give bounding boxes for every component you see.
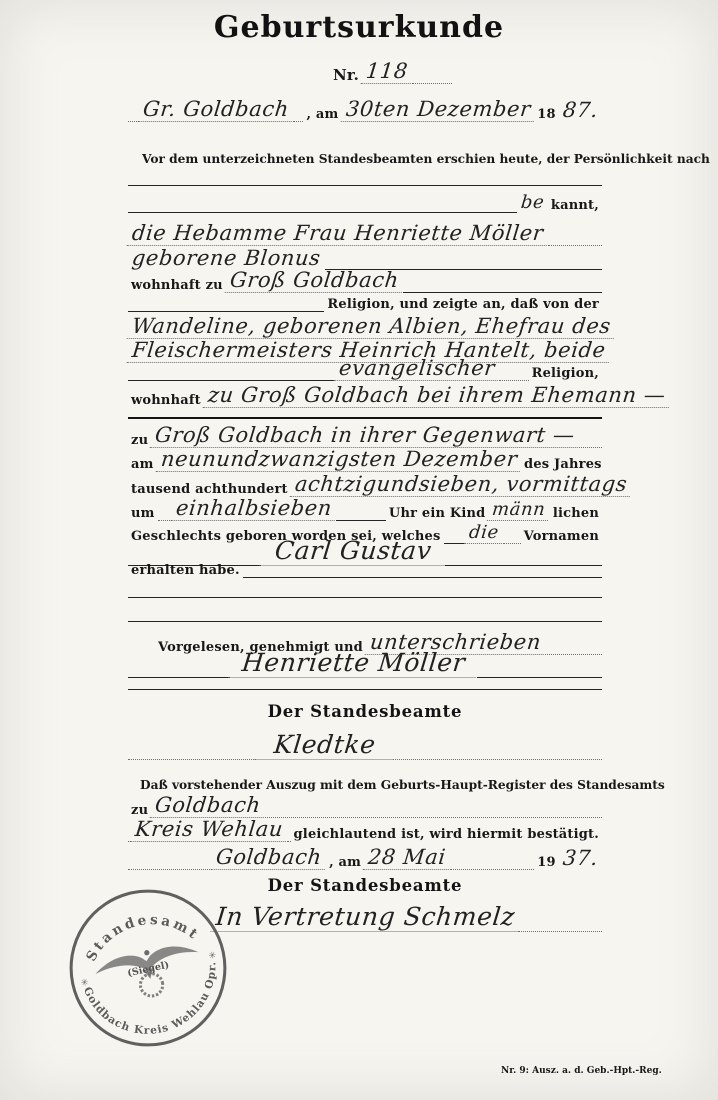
- registrar-heading-1: Der Standesbeamte: [128, 702, 602, 721]
- am-label: , am: [303, 107, 341, 122]
- birthplace-line: zu Groß Goldbach in ihrer Gegenwart —: [128, 422, 602, 448]
- declarant-line: die Hebamme Frau Henriette Möller: [128, 220, 602, 246]
- blank-line: [128, 170, 602, 186]
- date-handwritten: 30ten Dezember: [340, 97, 535, 122]
- issue-year-printed: 19: [534, 855, 559, 870]
- year-printed: 18: [534, 107, 559, 122]
- ruled-line: [412, 81, 452, 84]
- ruled-line: [128, 210, 517, 213]
- mother-name: Wandeline, geborenen Albien, Ehefrau des: [127, 314, 616, 339]
- document-title: Geburtsurkunde: [0, 10, 718, 45]
- ruled-line: [450, 867, 534, 870]
- known-printed: kannt,: [548, 198, 602, 213]
- nr-label: Nr.: [330, 66, 362, 84]
- issue-year-handwritten: 37.: [558, 846, 604, 870]
- ruled-line: [128, 378, 335, 381]
- ruled-line: [128, 595, 602, 598]
- office-place: Goldbach: [150, 793, 266, 818]
- blank-line: [128, 405, 602, 419]
- blank-line: [128, 606, 602, 622]
- blank-line: [128, 676, 602, 690]
- religion-value: evangelischer: [333, 356, 500, 381]
- known-line: be kannt,: [128, 188, 602, 213]
- ruled-line: [128, 183, 602, 186]
- intro-text: Vor dem unterzeichneten Standesbeamten e…: [128, 152, 713, 166]
- ruled-line: [499, 378, 529, 381]
- district-line: Kreis Wehlau gleichlautend ist, wird hie…: [128, 816, 602, 842]
- birthdate-value: neunundzwanzigsten Dezember: [155, 447, 522, 472]
- year-handwritten: 87.: [558, 98, 604, 122]
- issue-place-handwritten: Gr. Goldbach: [137, 97, 294, 122]
- ruled-line: [393, 757, 602, 760]
- known-handwritten: be: [515, 192, 549, 213]
- birth-certificate-document: Geburtsurkunde Nr. 118 Gr. Goldbach , am…: [0, 0, 718, 1100]
- blank-line: [128, 582, 602, 598]
- religion-notice: Religion, und zeigte an, daß von der: [324, 297, 602, 312]
- declarant-name: die Hebamme Frau Henriette Möller: [127, 221, 549, 246]
- certificate-number-line: Nr. 118: [330, 58, 490, 84]
- registrar-signature-line: Kledtke: [128, 726, 602, 760]
- received-line: erhalten habe.: [128, 552, 602, 578]
- religion-notice-line: Religion, und zeigte an, daß von der: [128, 288, 602, 312]
- stamp-separator-left: ✳: [80, 978, 90, 989]
- religion-line: evangelischer Religion,: [128, 355, 602, 381]
- ruled-line: [128, 309, 324, 312]
- declarant-signature: Henriette Möller: [228, 648, 478, 678]
- ruled-line: [293, 119, 304, 122]
- ruled-line: [128, 687, 602, 690]
- certification-statement-line: Daß vorstehender Auszug mit dem Geburts-…: [128, 772, 602, 792]
- birthdate-label: am: [128, 457, 157, 472]
- year-of-label: des Jahres: [521, 457, 605, 472]
- mother-line-1: Wandeline, geborenen Albien, Ehefrau des: [128, 313, 602, 339]
- issue-date-line: Goldbach , am 28 Mai 19 37.: [128, 842, 602, 870]
- issue-date: 28 Mai: [363, 845, 451, 870]
- district-value: Kreis Wehlau: [130, 817, 289, 842]
- stamp-separator-right: ✳: [208, 951, 218, 962]
- birthplace-value: Groß Goldbach in ihrer Gegenwart —: [150, 423, 580, 448]
- issue-am-label: , am: [326, 855, 364, 870]
- registrar-signature: Kledtke: [254, 730, 395, 760]
- ruled-line: [128, 619, 602, 622]
- birthyear-value: achtzigundsieben, vormittags: [289, 472, 632, 497]
- ruled-line: [128, 415, 602, 419]
- confirm-text: gleichlautend ist, wird hiermit bestätig…: [291, 827, 602, 842]
- declarant-signature-line: Henriette Möller: [128, 650, 602, 678]
- birthdate-line: am neunundzwanzigsten Dezember des Jahre…: [128, 446, 602, 472]
- ruled-line: [518, 929, 602, 932]
- received-label: erhalten habe.: [128, 563, 243, 578]
- form-reference-note: Nr. 9: Ausz. a. d. Geb.-Hpt.-Reg.: [498, 1066, 665, 1076]
- office-place-line: zu Goldbach: [128, 792, 602, 818]
- certificate-number: 118: [361, 59, 414, 84]
- ruled-line: [128, 757, 256, 760]
- deputy-signature: In Vertretung Schmelz: [210, 902, 520, 932]
- issue-place: Goldbach: [211, 845, 327, 870]
- certification-statement: Daß vorstehender Auszug mit dem Geburts-…: [128, 778, 668, 792]
- intro-line: Vor dem unterzeichneten Standesbeamten e…: [128, 140, 602, 166]
- official-seal-stamp: Standesamt Goldbach Kreis Wehlau Opr. ✳ …: [46, 866, 250, 1070]
- place-date-line: Gr. Goldbach , am 30ten Dezember 18 87.: [128, 96, 602, 122]
- religion-label: Religion,: [529, 366, 602, 381]
- birthyear-line: tausend achthundert achtzigundsieben, vo…: [128, 471, 602, 497]
- ruled-line: [243, 575, 602, 578]
